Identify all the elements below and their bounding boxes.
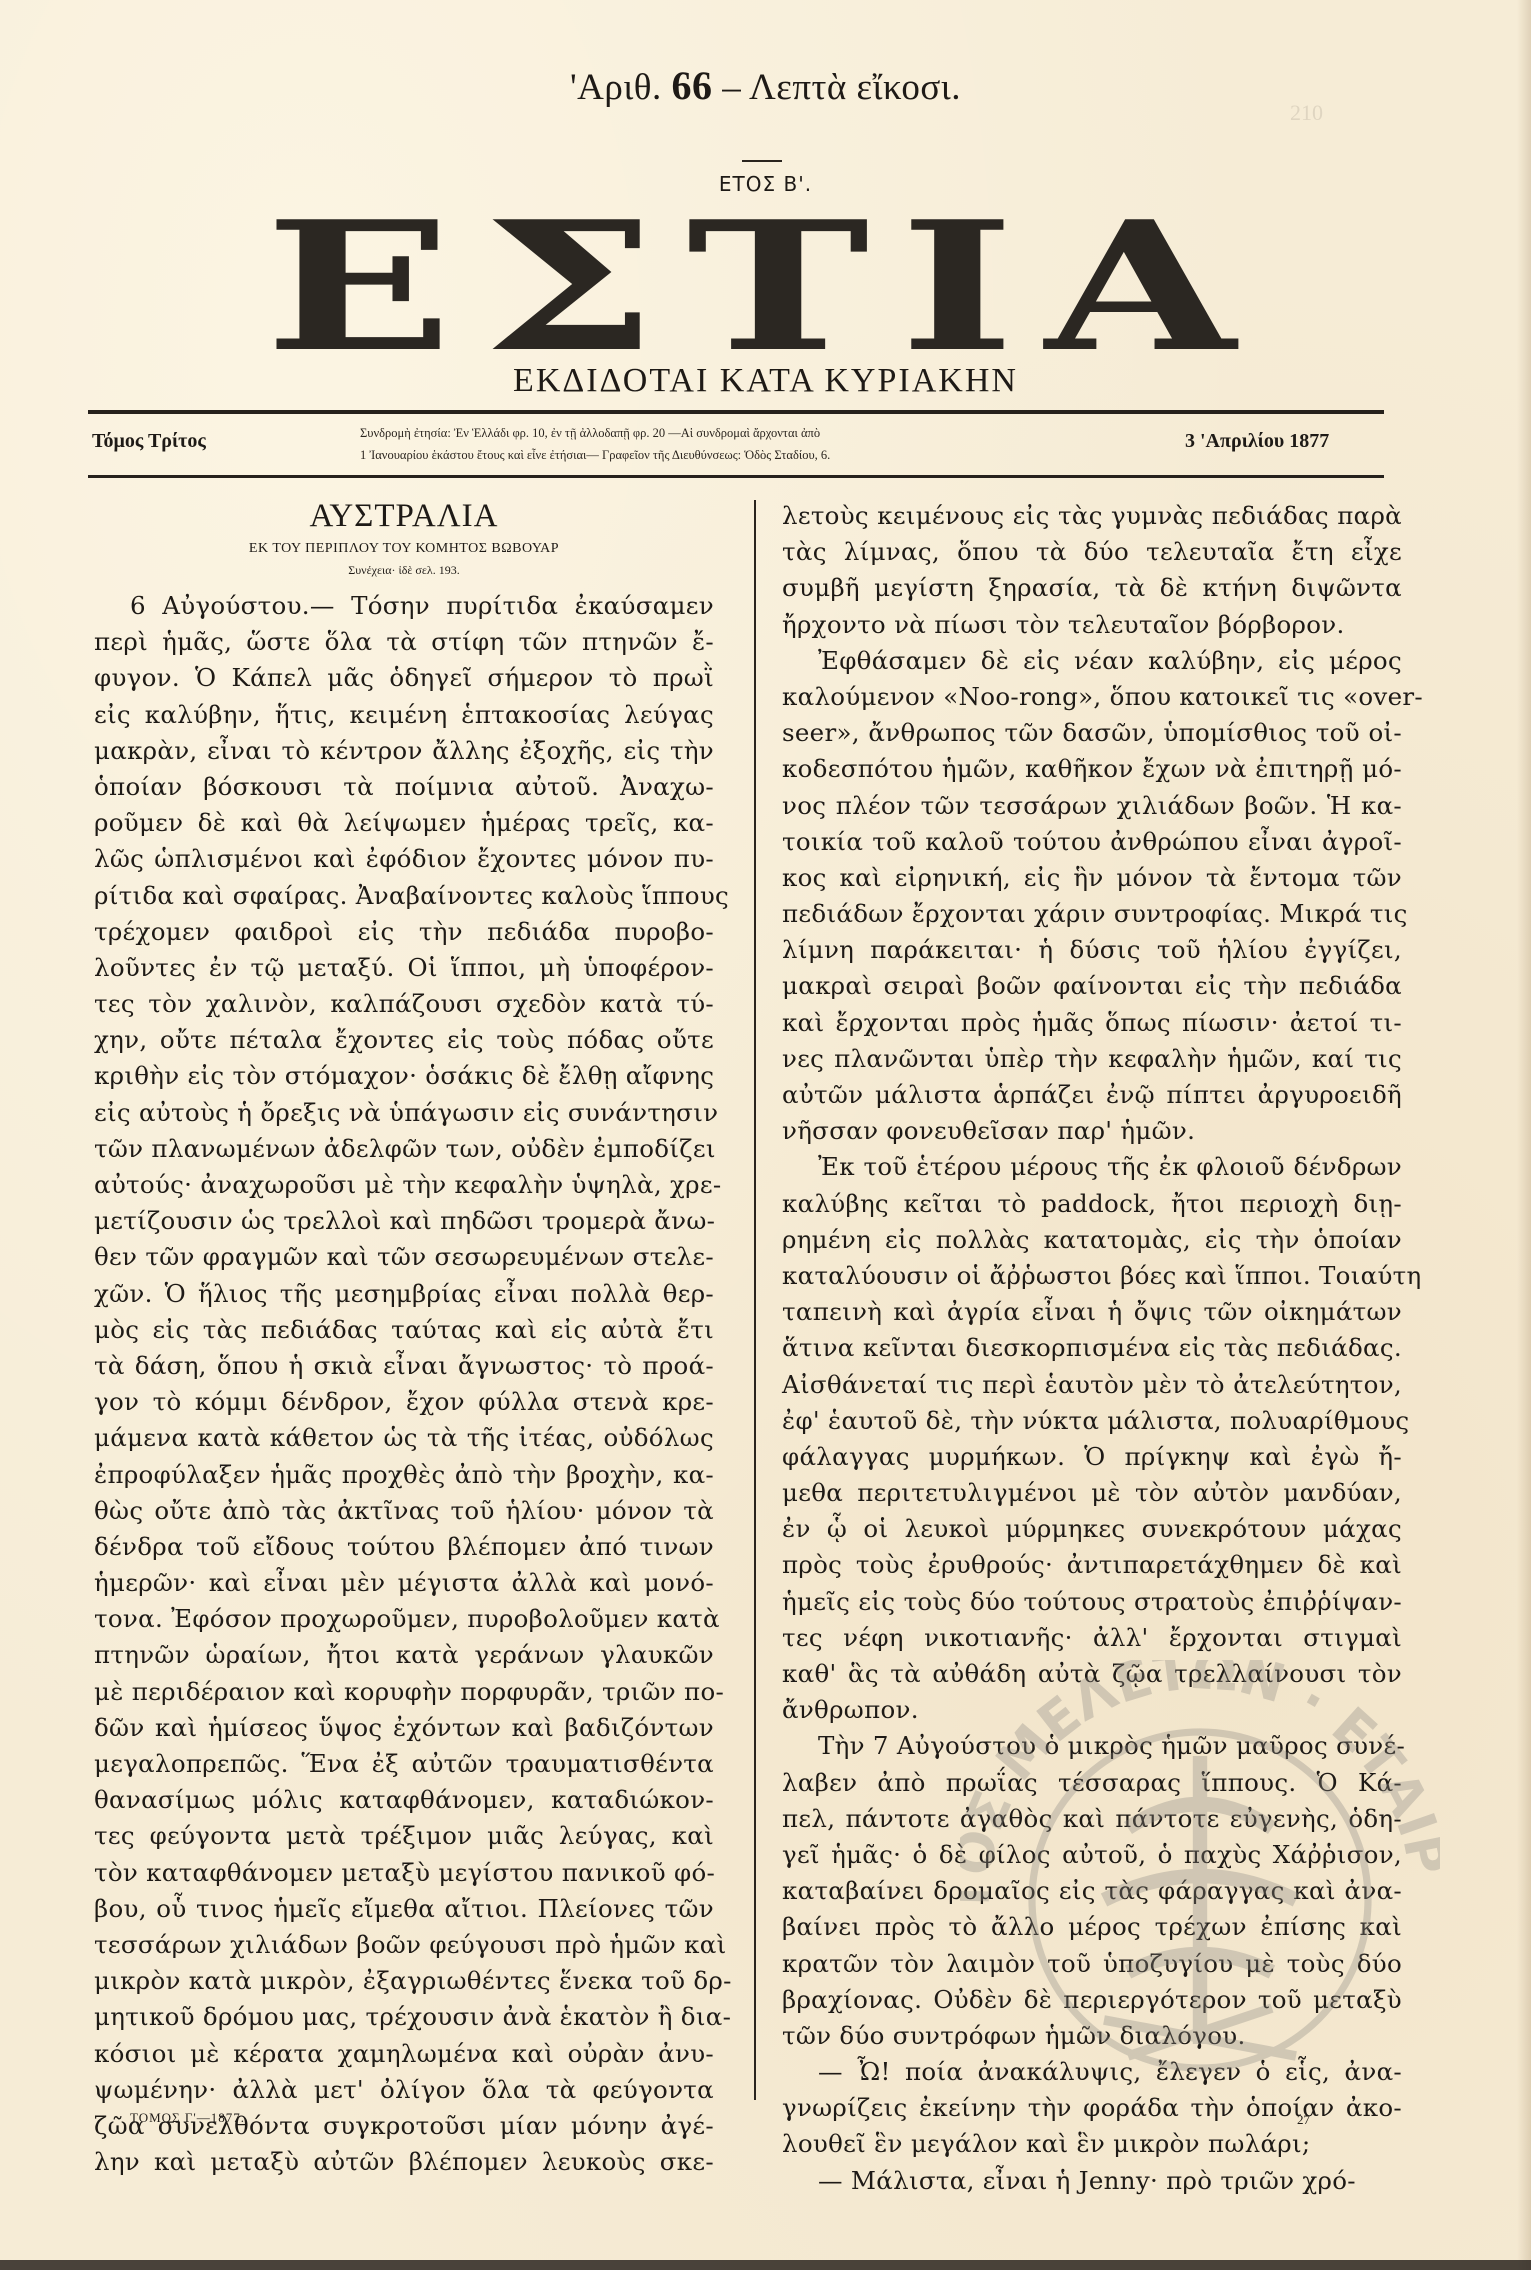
issue-divider — [742, 160, 782, 162]
article-title: ΑΥΣΤΡΑΛΙΑ — [94, 498, 714, 535]
text-line: νες πλανῶνται ὑπὲρ τὴν κεφαλὴν ἡμῶν, καί… — [782, 1041, 1402, 1077]
text-line: ἄνθρωπον. — [782, 1692, 1402, 1728]
article-source: ΕΚ ΤΟΥ ΠΕΡΙΠΛΟΥ ΤΟΥ ΚΟΜΗΤΟΣ ΒΩΒΟΥΑΡ — [94, 541, 714, 557]
text-line: περὶ ἡμᾶς, ὥστε ὅλα τὰ στίφη τῶν πτηνῶν … — [94, 624, 714, 660]
text-line: ἡμεῖς εἰς τοὺς δύο τούτους στρατοὺς ἐπιῤ… — [782, 1584, 1402, 1620]
text-line: ταπεινὴ καὶ ἀγρία εἶναι ἡ ὄψις τῶν οἰκημ… — [782, 1294, 1402, 1330]
text-line: λῶς ὡπλισμένοι καὶ ἐφόδιον ἔχοντες μόνον… — [94, 841, 714, 877]
text-line: καλύβης κεῖται τὸ paddock, ἤτοι περιοχὴ … — [782, 1186, 1402, 1222]
text-line: συμβῆ μεγίστη ξηρασία, τὰ δὲ κτήνη διψῶν… — [782, 570, 1402, 606]
text-line: πρὸς τοὺς ἐρυθρούς· ἀντιπαρετάχθημεν δὲ … — [782, 1547, 1402, 1583]
text-line: πεδιάδων ἔρχονται χάριν συντροφίας. Μικρ… — [782, 896, 1402, 932]
text-line: ρίτιδα καὶ σφαίρας. Ἀναβαίνοντες καλοὺς … — [94, 878, 714, 914]
right-column: λετοὺς κειμένους εἰς τὰς γυμνὰς πεδιάδας… — [782, 498, 1402, 2199]
text-line: δῶν καὶ ἡμίσεος ὕψος ἐχόντων καὶ βαδιζόν… — [94, 1710, 714, 1746]
text-line: μακρὰν, εἶναι τὸ κέντρον ἄλλης ἐξοχῆς, ε… — [94, 733, 714, 769]
text-line: μητικοῦ δρόμου μας, τρέχουσιν ἀνὰ ἑκατὸν… — [94, 1999, 714, 2035]
text-line: δένδρα τοῦ εἴδους τούτου βλέπομεν ἀπό τι… — [94, 1529, 714, 1565]
issue-number: 66 — [672, 63, 713, 108]
text-line: βου, οὗ τινος ἡμεῖς εἴμεθα αἴτιοι. Πλείο… — [94, 1891, 714, 1927]
text-line: μὲ περιδέραιον καὶ κορυφὴν πορφυρᾶν, τρι… — [94, 1674, 714, 1710]
text-line: κόσιοι μὲ κέρατα χαμηλωμένα καὶ οὐρὰν ἀν… — [94, 2036, 714, 2072]
text-line: ἡμερῶν· καὶ εἶναι μὲν μέγιστα ἀλλὰ καὶ μ… — [94, 1565, 714, 1601]
text-line: κος καὶ εἰρηνική, εἰς ἣν μόνον τὰ ἔντομα… — [782, 860, 1402, 896]
text-line: νῆσσαν φονευθεῖσαν παρ' ἡμῶν. — [782, 1113, 1402, 1149]
text-line: Τὴν 7 Αὐγούστου ὁ μικρὸς ἡμῶν μαῦρος συν… — [782, 1728, 1402, 1764]
text-line: θὼς οὔτε ἀπὸ τὰς ἀκτῖνας τοῦ ἡλίου· μόνο… — [94, 1493, 714, 1529]
masthead-subtitle: ΕΚΔΙΔΟΤΑΙ ΚΑΤΑ ΚΥΡΙΑΚΗΝ — [0, 362, 1531, 400]
column-divider — [754, 500, 756, 2100]
text-line: θεν τῶν φραγμῶν καὶ τῶν σεσωρευμένων στε… — [94, 1239, 714, 1275]
text-line: εἰς αὐτοὺς ἡ ὄρεξις νὰ ὑπάγωσιν εἰς συνά… — [94, 1095, 714, 1131]
text-line: θανασίμως μόλις καταφθάνομεν, καταδιώκον… — [94, 1782, 714, 1818]
text-line: φυγον. Ὁ Κάπελ μᾶς ὁδηγεῖ σήμερον τὸ πρω… — [94, 660, 714, 696]
text-line: καθ' ἃς τὰ αὐθάδη αὐτὰ ζῷα τρελλαίνουσι … — [782, 1656, 1402, 1692]
text-line: τες νέφη νικοτιανῆς· ἀλλ' ἔρχονται στιγμ… — [782, 1620, 1402, 1656]
text-line: λαβεν ἀπὸ πρωΐας τέσσαρας ἵππους. Ὁ Κά- — [782, 1765, 1402, 1801]
text-line: τοικία τοῦ καλοῦ τούτου ἀνθρώπου εἶναι ἀ… — [782, 824, 1402, 860]
text-line: ροῦμεν δὲ καὶ θὰ λείψωμεν ἡμέρας τρεῖς, … — [94, 805, 714, 841]
issue-prefix: 'Αριθ. — [570, 67, 662, 108]
text-line: ψωμένην· ἀλλὰ μετ' ὀλίγον ὅλα τὰ φεύγοντ… — [94, 2072, 714, 2108]
text-line: — Ὦ! ποία ἀνακάλυψις, ἔλεγεν ὁ εἷς, ἀνα- — [782, 2054, 1402, 2090]
text-line: λοῦντες ἐν τῷ μεταξύ. Οἱ ἵπποι, μὴ ὑποφέ… — [94, 950, 714, 986]
page-bottom-edge — [0, 2260, 1531, 2270]
text-line: πτηνῶν ὡραίων, ἤτοι κατὰ γεράνων γλαυκῶν — [94, 1637, 714, 1673]
left-column: ΑΥΣΤΡΑΛΙΑ ΕΚ ΤΟΥ ΠΕΡΙΠΛΟΥ ΤΟΥ ΚΟΜΗΤΟΣ ΒΩ… — [94, 498, 714, 2180]
masthead-title: ΕΣΤΙΑ — [0, 192, 1531, 382]
right-column-text: λετοὺς κειμένους εἰς τὰς γυμνὰς πεδιάδας… — [782, 498, 1402, 2199]
text-line: τεσσάρων χιλιάδων βοῶν φεύγουσι πρὸ ἡμῶν… — [94, 1927, 714, 1963]
text-line: μετίζουσιν ὡς τρελλοὶ καὶ πηδῶσι τρομερὰ… — [94, 1203, 714, 1239]
text-line: Ἐφθάσαμεν δὲ εἰς νέαν καλύβην, εἰς μέρος — [782, 643, 1402, 679]
text-line: τὸν καταφθάνομεν μεταξὺ μεγίστου πανικοῦ… — [94, 1855, 714, 1891]
text-line: γον τὸ κόμμι δένδρον, ἔχον φύλλα στενὰ κ… — [94, 1384, 714, 1420]
text-line: seer», ἄνθρωπος τῶν δασῶν, ὑπομίσθιος το… — [782, 715, 1402, 751]
issue-price: – Λεπτὰ εἴκοσι. — [722, 67, 961, 108]
text-line: τὰς λίμνας, ὅπου τὰ δύο τελευταῖα ἔτη εἶ… — [782, 534, 1402, 570]
text-line: εἰς καλύβην, ἥτις, κειμένη ἑπτακοσίας λε… — [94, 697, 714, 733]
issue-line: 'Αριθ. 66 – Λεπτὰ εἴκοσι. — [0, 62, 1531, 109]
text-line: ὁποίαν βόσκουσι τὰ ποίμνια αὐτοῦ. Ἀναχω- — [94, 769, 714, 805]
text-line: μὸς εἰς τὰς πεδιάδας ταύτας καὶ εἰς αὐτὰ… — [94, 1312, 714, 1348]
text-line: τῶν πλανωμένων ἀδελφῶν των, οὐδὲν ἐμποδί… — [94, 1131, 714, 1167]
text-line: ἐφ' ἑαυτοῦ δὲ, τὴν νύκτα μάλιστα, πολυαρ… — [782, 1403, 1402, 1439]
text-line: ἐπροφύλαξεν ἡμᾶς προχθὲς ἀπὸ τὴν βροχὴν,… — [94, 1457, 714, 1493]
text-line: ρημένη εἰς πολλὰς κατατομὰς, εἰς τὴν ὁπο… — [782, 1222, 1402, 1258]
text-line: τρέχομεν φαιδροὶ εἰς τὴν πεδιάδα πυροβο- — [94, 914, 714, 950]
issue-date: 3 'Απριλίου 1877 — [1185, 430, 1329, 453]
text-line: αὐτούς· ἀναχωροῦσι μὲ τὴν κεφαλὴν ὑψηλὰ,… — [94, 1167, 714, 1203]
text-line: τες φεύγοντα μετὰ τρέξιμον μιᾶς λεύγας, … — [94, 1818, 714, 1854]
text-line: — Μάλιστα, εἶναι ἡ Jenny· πρὸ τριῶν χρό- — [782, 2163, 1402, 2199]
text-line: γεῖ ἡμᾶς· ὁ δὲ φίλος αὐτοῦ, ὁ παχὺς Χάῤῥ… — [782, 1837, 1402, 1873]
text-line: 6 Αὐγούστου.— Τόσην πυρίτιδα ἐκαύσαμεν — [94, 588, 714, 624]
text-line: λετοὺς κειμένους εἰς τὰς γυμνὰς πεδιάδας… — [782, 498, 1402, 534]
text-line: χην, οὔτε πέταλα ἔχοντες εἰς τοὺς πόδας … — [94, 1022, 714, 1058]
left-column-text: 6 Αὐγούστου.— Τόσην πυρίτιδα ἐκαύσαμενπε… — [94, 588, 714, 2180]
text-line: μακραὶ σειραὶ βοῶν φαίνονται εἰς τὴν πεδ… — [782, 968, 1402, 1004]
text-line: ἤρχοντο νὰ πίωσι τὸν τελευταῖον βόρβορον… — [782, 607, 1402, 643]
text-line: νος πλέον τῶν τεσσάρων χιλιάδων βοῶν. Ἡ … — [782, 788, 1402, 824]
text-line: καλούμενον «Noo-rong», ὅπου κατοικεῖ τις… — [782, 679, 1402, 715]
text-line: βαίνει πρὸς τὸ ἄλλο μέρος τρέχων ἐπίσης … — [782, 1909, 1402, 1945]
text-line: ἅτινα κεῖνται διεσκορπισμένα εἰς τὰς πεδ… — [782, 1330, 1402, 1366]
text-line: χῶν. Ὁ ἥλιος τῆς μεσημβρίας εἶναι πολλὰ … — [94, 1276, 714, 1312]
text-line: καταβαίνει δρομαῖος εἰς τὰς φάραγγας καὶ… — [782, 1873, 1402, 1909]
text-line: λουθεῖ ἓν μεγάλον καὶ ἓν μικρὸν πωλάρι; — [782, 2126, 1402, 2162]
text-line: κριθὴν εἰς τὸν στόμαχον· ὁσάκις δὲ ἔλθῃ … — [94, 1058, 714, 1094]
newspaper-page: 210 'Αριθ. 66 – Λεπτὰ εἴκοσι. ΕΤΟΣ Β'. Ε… — [0, 0, 1531, 2270]
text-line: τες τὸν χαλινὸν, καλπάζουσι σχεδὸν κατὰ … — [94, 986, 714, 1022]
text-line: Ἐκ τοῦ ἑτέρου μέρους τῆς ἐκ φλοιοῦ δένδρ… — [782, 1149, 1402, 1185]
text-line: καὶ ἔρχονται πρὸς ἡμᾶς ὅπως πίωσιν· ἀετο… — [782, 1005, 1402, 1041]
text-line: μικρὸν κατὰ μικρὸν, ἐξαγριωθέντες ἕνεκα … — [94, 1963, 714, 1999]
text-line: Αἰσθάνεταί τις περὶ ἑαυτὸν μὲν τὸ ἀτελεύ… — [782, 1367, 1402, 1403]
text-line: κοδεσπότου ἡμῶν, καθῆκον ἔχων νὰ ἐπιτηρῇ… — [782, 751, 1402, 787]
page-edge-shadow — [1517, 0, 1531, 2270]
masthead-rule-bottom — [88, 475, 1384, 478]
text-line: φάλαγγας μυρμήκων. Ὁ πρίγκηψ καὶ ἐγὼ ἤ- — [782, 1439, 1402, 1475]
volume-label: Τόμος Τρίτος — [92, 430, 206, 453]
subscription-line-2: 1 Ἰανουαρίου ἑκάστου ἔτους καὶ εἶνε ἐτήσ… — [360, 444, 1150, 466]
text-line: λίμνη παράκειται· ἡ δύσις τοῦ ἡλίου ἐγγί… — [782, 932, 1402, 968]
text-line: μάμενα κατὰ κάθετον ὡς τὰ τῆς ἰτέας, οὐδ… — [94, 1420, 714, 1456]
masthead-rule-top — [88, 410, 1384, 414]
text-line: ἐν ᾧ οἱ λευκοὶ μύρμηκες συνεκρότουν μάχα… — [782, 1511, 1402, 1547]
text-line: λην καὶ μεταξὺ αὐτῶν βλέπομεν λευκοὺς σκ… — [94, 2144, 714, 2180]
footer-volume-mark: ΤΟΜΟΣ Γ'—1877. — [130, 2110, 245, 2126]
text-line: μεθα περιτετυλιγμένοι μὲ τὸν αὐτὸν μανδύ… — [782, 1475, 1402, 1511]
text-line: βραχίονας. Οὐδὲν δὲ περιεργότερον τοῦ με… — [782, 1982, 1402, 2018]
subscription-info: Συνδρομὴ ἐτησία: Ἐν Ἑλλάδι φρ. 10, ἐν τῇ… — [360, 422, 1150, 466]
text-line: αὐτῶν μάλιστα ἁρπάζει ἐνῷ πίπτει ἀργυροε… — [782, 1077, 1402, 1113]
text-line: τὰ δάση, ὅπου ἡ σκιὰ εἶναι ἄγνωστος· τὸ … — [94, 1348, 714, 1384]
text-line: κρατῶν τὸν λαιμὸν τοῦ ὑποζυγίου μὲ τοὺς … — [782, 1946, 1402, 1982]
text-line: καταλύουσιν οἱ ἄῤῥωστοι βόες καὶ ἵπποι. … — [782, 1258, 1402, 1294]
text-line: μεγαλοπρεπῶς. Ἕνα ἐξ αὐτῶν τραυματισθέντ… — [94, 1746, 714, 1782]
article-continuation-note: Συνέχεια· ἰδὲ σελ. 193. — [94, 563, 714, 578]
subscription-line-1: Συνδρομὴ ἐτησία: Ἐν Ἑλλάδι φρ. 10, ἐν τῇ… — [360, 422, 1150, 444]
footer-signature: 27 — [1297, 2112, 1310, 2128]
text-line: τῶν δύο συντρόφων ἡμῶν διαλόγου. — [782, 2018, 1402, 2054]
text-line: πελ, πάντοτε ἀγαθὸς καὶ πάντοτε εὐγενὴς,… — [782, 1801, 1402, 1837]
text-line: τονα. Ἐφόσον προχωροῦμεν, πυροβολοῦμεν κ… — [94, 1601, 714, 1637]
